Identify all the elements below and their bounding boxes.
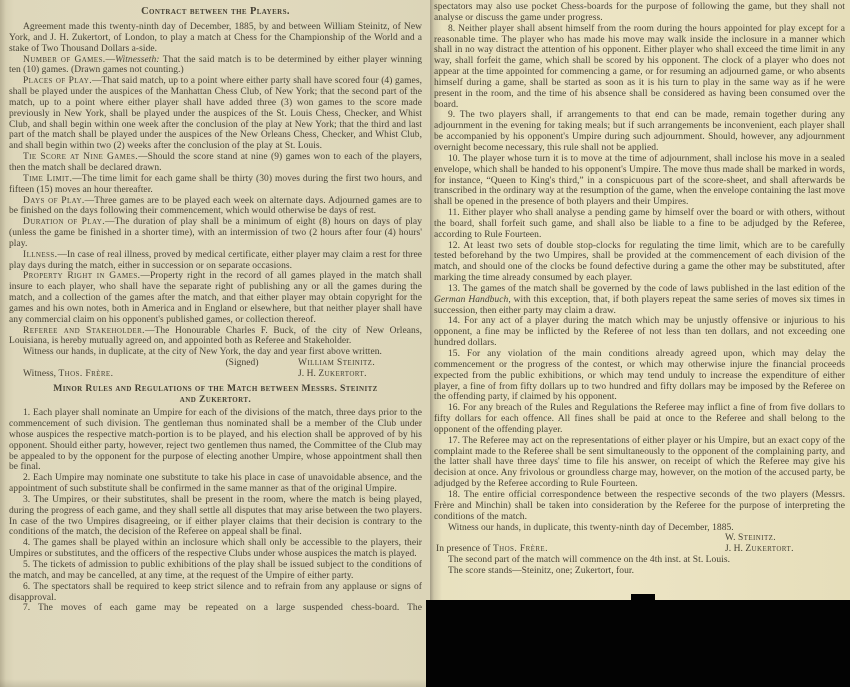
signature-witness [9, 358, 186, 369]
paragraph: Illness.—In case of real illness, proved… [9, 250, 422, 272]
signature-row: In presence of Thos. Frère.J. H. Zukerto… [434, 544, 845, 555]
signature-witness [186, 369, 298, 380]
paragraph: 2. Each Umpire may nominate one substitu… [9, 473, 422, 495]
paragraph: Tie Score at Nine Games.—Should the scor… [9, 152, 422, 174]
signature-row: W. Steinitz. [434, 533, 845, 544]
paragraph: 17. The Referee may act on the represent… [434, 436, 845, 490]
paragraph: Places of Play.—That said match, up to a… [9, 76, 422, 152]
signature-name: William Steinitz. [298, 358, 422, 369]
paragraph: 8. Neither player shall absent himself f… [434, 24, 845, 111]
signature-witness: In presence of Thos. Frère. [434, 544, 725, 555]
paragraph: Witness our hands, in duplicate, at the … [9, 347, 422, 358]
paragraph: 13. The games of the match shall be gove… [434, 284, 845, 317]
paragraph: The second part of the match will commen… [434, 555, 845, 566]
minor-rules-heading: Minor Rules and Regulations of the Match… [9, 383, 422, 405]
paragraph: Witness our hands, in duplicate, this tw… [434, 523, 845, 534]
right-text-column: spectators may also use pocket Chess-boa… [434, 2, 845, 577]
paragraph: 5. The tickets of admission to public ex… [9, 560, 422, 582]
paragraph: spectators may also use pocket Chess-boa… [434, 2, 845, 24]
left-text-column: Contract between the Players.Agreement m… [9, 3, 422, 614]
paragraph: Time Limit.—The time limit for each game… [9, 174, 422, 196]
signature-row: (Signed)William Steinitz. [9, 358, 422, 369]
paragraph: 3. The Umpires, or their substitutes, sh… [9, 495, 422, 538]
paragraph: 1. Each player shall nominate an Umpire … [9, 408, 422, 473]
redacted-black-tab [631, 594, 655, 604]
paragraph: 16. For any breach of the Rules and Regu… [434, 403, 845, 436]
signature-witness: (Signed) [186, 358, 298, 369]
paragraph: 12. At least two sets of double stop-clo… [434, 241, 845, 284]
paragraph: 7. The moves of each game may be repeate… [9, 603, 422, 614]
paragraph: Property Right in Games.—Property right … [9, 271, 422, 325]
paragraph: 10. The player whose turn it is to move … [434, 154, 845, 208]
paragraph: 15. For any violation of the main condit… [434, 349, 845, 403]
signature-name: J. H. Zukertort. [725, 544, 845, 555]
paragraph: 14. For any act of a player during the m… [434, 316, 845, 349]
paragraph: 4. The games shall be played within an i… [9, 538, 422, 560]
paragraph: Duration of Play.—The duration of play s… [9, 217, 422, 250]
signature-name: J. H. Zukertort. [298, 369, 422, 380]
signature-witness: Witness, Thos. Frère. [9, 369, 186, 380]
paragraph: Agreement made this twenty-ninth day of … [9, 22, 422, 55]
paragraph: 6. The spectators shall be required to k… [9, 582, 422, 604]
signature-name: W. Steinitz. [725, 533, 845, 544]
paragraph: 11. Either player who shall analyse a pe… [434, 208, 845, 241]
paragraph: Number of Games.—Witnesseth: That the sa… [9, 55, 422, 77]
paragraph: The score stands—Steinitz, one; Zukertor… [434, 566, 845, 577]
document-title: Contract between the Players. [9, 6, 422, 18]
scanned-document: Contract between the Players.Agreement m… [0, 0, 850, 687]
redacted-black-region [426, 600, 850, 687]
signature-witness [434, 533, 725, 544]
signature-row: Witness, Thos. Frère.J. H. Zukertort. [9, 369, 422, 380]
paragraph: 9. The two players shall, if arrangement… [434, 110, 845, 153]
paragraph: Referee and Stakeholder.—The Honourable … [9, 326, 422, 348]
paragraph: Days of Play.—Three games are to be play… [9, 196, 422, 218]
paragraph: 18. The entire official correspondence b… [434, 490, 845, 523]
